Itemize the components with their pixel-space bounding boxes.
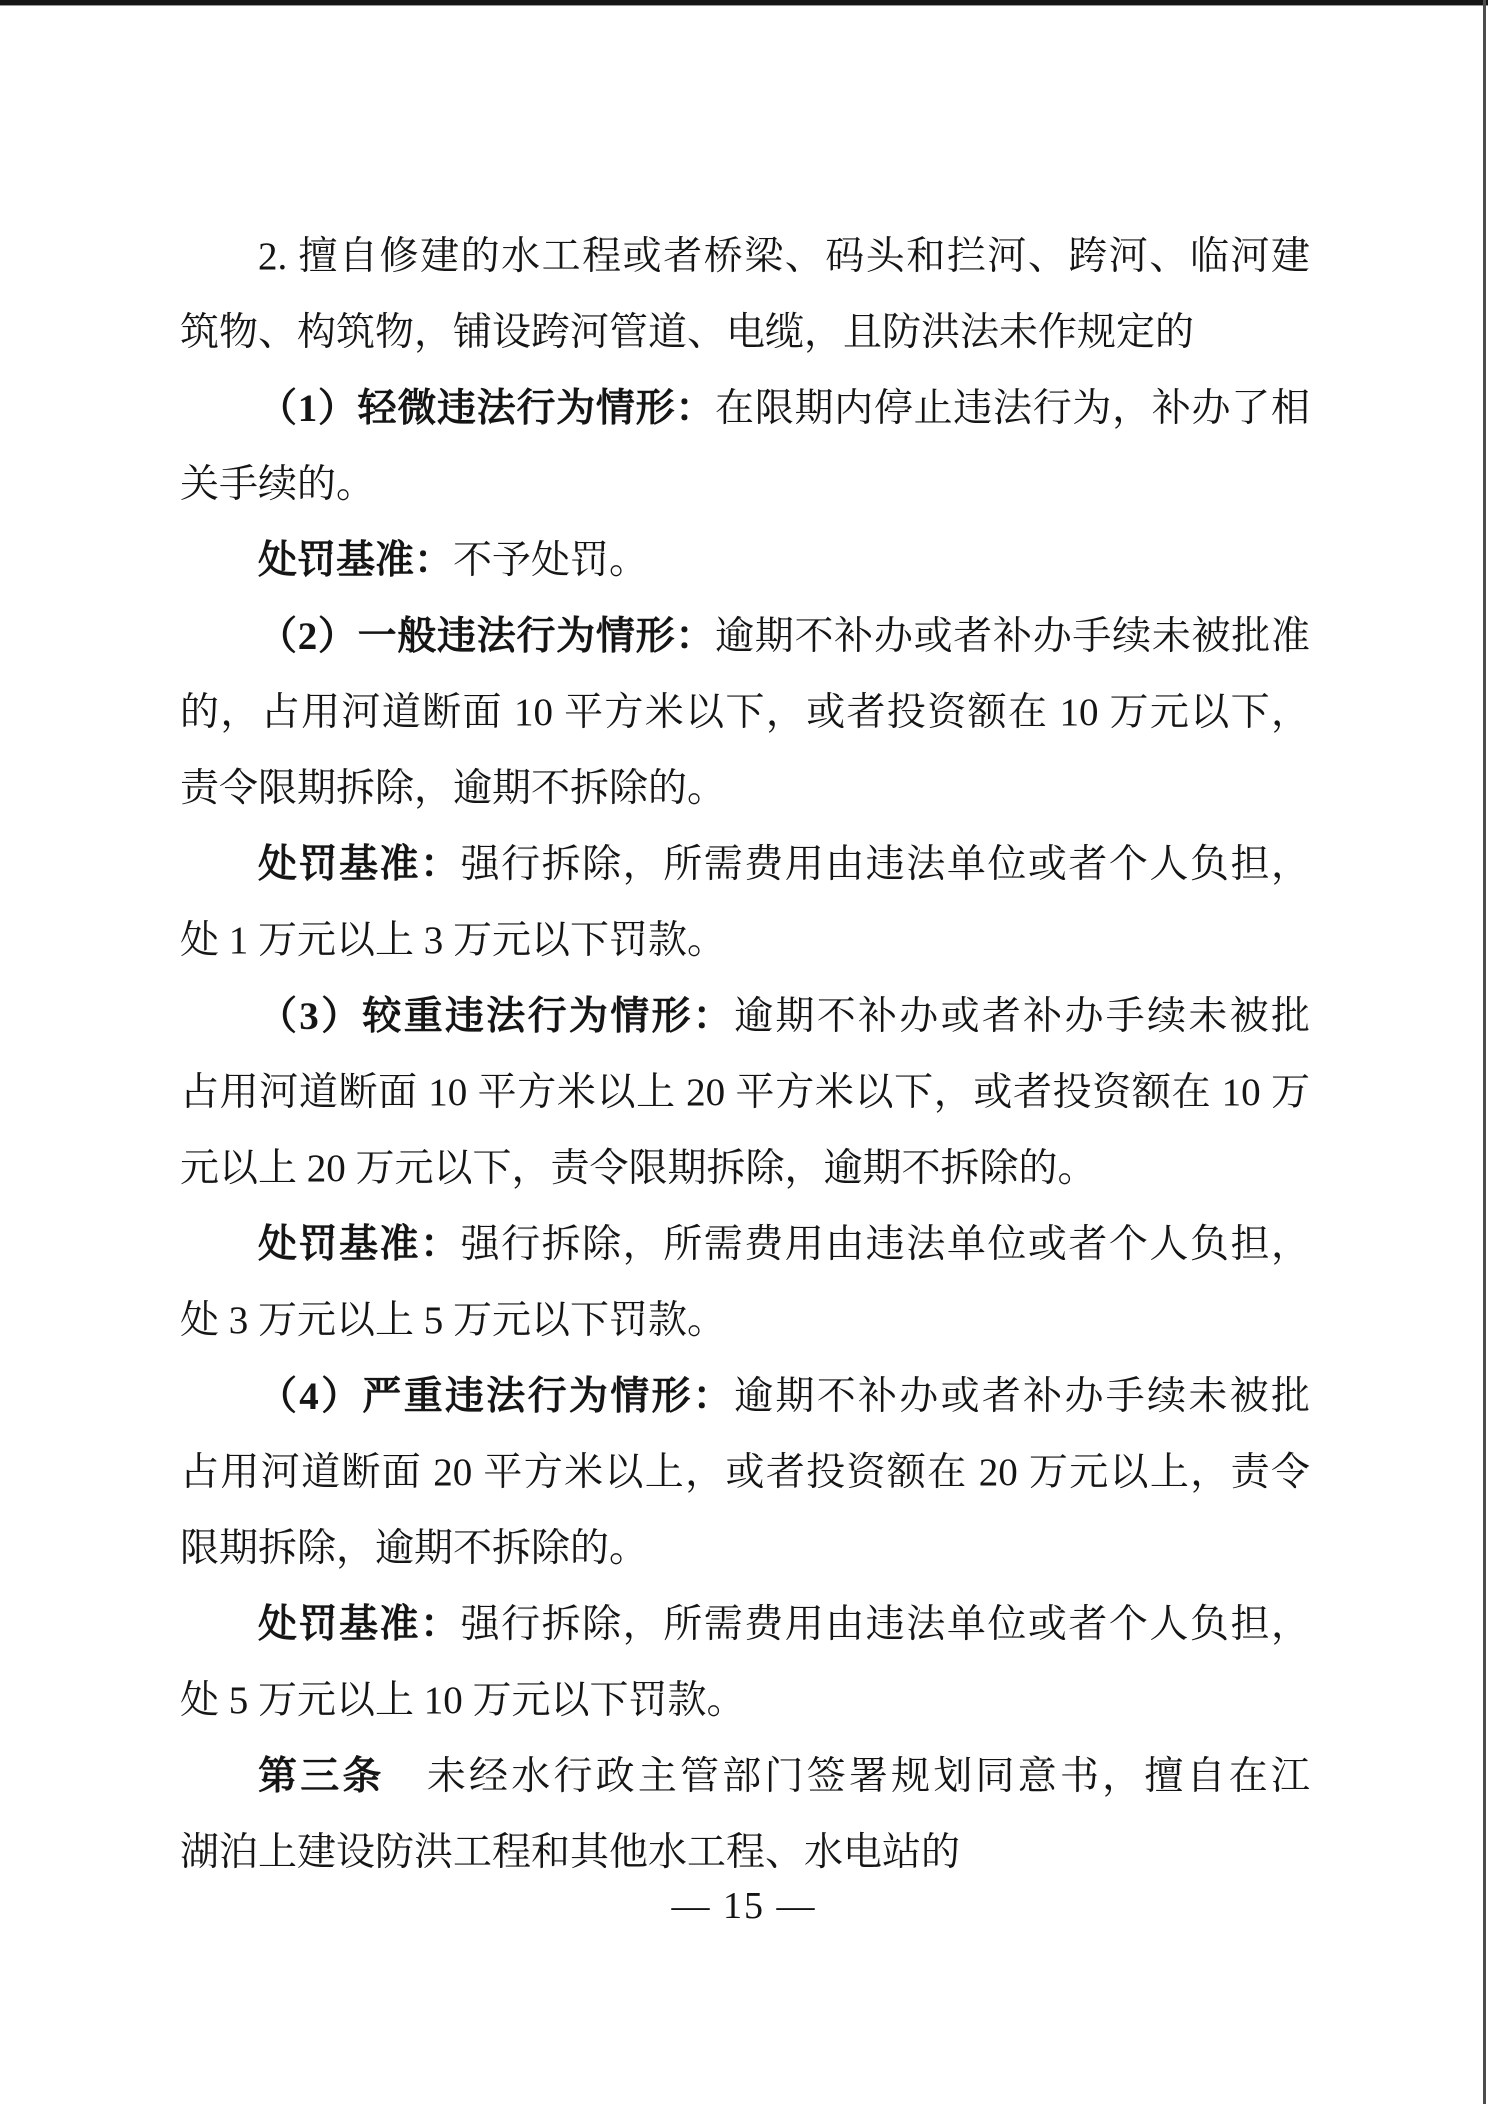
document-page: 2. 擅自修建的水工程或者桥梁、码头和拦河、跨河、临河建筑物、构筑物，铺设跨河管… <box>0 0 1488 2104</box>
emphasis-segment: 处罚基准： <box>258 1223 461 1266</box>
text-line: 处罚基准：强行拆除，所需费用由违法单位或者个人负担， <box>180 1587 1310 1663</box>
text-segment: 湖泊上建设防洪工程和其他水工程、水电站的 <box>180 1831 960 1874</box>
page-number: — 15 — <box>0 1878 1488 1934</box>
emphasis-segment: （1）轻微违法行为情形： <box>258 387 715 430</box>
text-segment: 强行拆除，所需费用由违法单位或者个人负担， <box>461 1223 1310 1266</box>
emphasis-segment: 第三条 <box>258 1755 385 1798</box>
text-segment: 占用河道断面 10 平方米以上 20 平方米以下，或者投资额在 10 万 <box>180 1071 1310 1114</box>
emphasis-segment: 处罚基准： <box>258 843 461 886</box>
text-segment: 责令限期拆除，逾期不拆除的。 <box>180 767 726 810</box>
text-line: 的，占用河道断面 10 平方米以下，或者投资额在 10 万元以下， <box>180 675 1310 751</box>
text-segment: 强行拆除，所需费用由违法单位或者个人负担， <box>461 1603 1310 1646</box>
text-line: （2）一般违法行为情形：逾期不补办或者补办手续未被批准 <box>180 599 1310 675</box>
text-line: 元以上 20 万元以下，责令限期拆除，逾期不拆除的。 <box>180 1131 1310 1207</box>
text-segment: 元以上 20 万元以下，责令限期拆除，逾期不拆除的。 <box>180 1147 1097 1190</box>
text-line: 关手续的。 <box>180 447 1310 523</box>
text-line: 占用河道断面 10 平方米以上 20 平方米以下，或者投资额在 10 万 <box>180 1055 1310 1131</box>
emphasis-segment: （2）一般违法行为情形： <box>258 615 715 658</box>
text-line: 处 1 万元以上 3 万元以下罚款。 <box>180 903 1310 979</box>
emphasis-segment: （4）严重违法行为情形： <box>258 1375 734 1418</box>
text-segment: 强行拆除，所需费用由违法单位或者个人负担， <box>461 843 1310 886</box>
text-segment: 处 5 万元以上 10 万元以下罚款。 <box>180 1679 746 1722</box>
text-line: （3）较重违法行为情形：逾期不补办或者补办手续未被批准， <box>180 979 1310 1055</box>
emphasis-segment: 处罚基准： <box>258 539 453 582</box>
text-segment: 限期拆除，逾期不拆除的。 <box>180 1527 648 1570</box>
text-body: 2. 擅自修建的水工程或者桥梁、码头和拦河、跨河、临河建筑物、构筑物，铺设跨河管… <box>180 219 1310 1891</box>
text-segment: 关手续的。 <box>180 463 375 506</box>
emphasis-segment: 处罚基准： <box>258 1603 461 1646</box>
text-line: 处罚基准：不予处罚。 <box>180 523 1310 599</box>
text-line: 限期拆除，逾期不拆除的。 <box>180 1511 1310 1587</box>
text-segment: 逾期不补办或者补办手续未被批准 <box>715 615 1310 658</box>
text-segment: 处 3 万元以上 5 万元以下罚款。 <box>180 1299 726 1342</box>
text-line: 筑物、构筑物，铺设跨河管道、电缆，且防洪法未作规定的 <box>180 295 1310 371</box>
text-line: 2. 擅自修建的水工程或者桥梁、码头和拦河、跨河、临河建 <box>180 219 1310 295</box>
text-segment: 处 1 万元以上 3 万元以下罚款。 <box>180 919 726 962</box>
text-line: 处 5 万元以上 10 万元以下罚款。 <box>180 1663 1310 1739</box>
text-segment: 不予处罚。 <box>453 539 648 582</box>
text-line: （1）轻微违法行为情形：在限期内停止违法行为，补办了相 <box>180 371 1310 447</box>
text-line: 占用河道断面 20 平方米以上，或者投资额在 20 万元以上，责令 <box>180 1435 1310 1511</box>
text-segment: 在限期内停止违法行为，补办了相 <box>715 387 1310 430</box>
text-line: 处 3 万元以上 5 万元以下罚款。 <box>180 1283 1310 1359</box>
text-line: 第三条 未经水行政主管部门签署规划同意书，擅自在江河、 <box>180 1739 1310 1815</box>
scan-right-edge <box>1483 0 1486 2104</box>
emphasis-segment: （3）较重违法行为情形： <box>258 995 734 1038</box>
text-line: 处罚基准：强行拆除，所需费用由违法单位或者个人负担， <box>180 1207 1310 1283</box>
text-segment: 的，占用河道断面 10 平方米以下，或者投资额在 10 万元以下， <box>180 691 1310 734</box>
text-line: （4）严重违法行为情形：逾期不补办或者补办手续未被批准， <box>180 1359 1310 1435</box>
text-segment: 筑物、构筑物，铺设跨河管道、电缆，且防洪法未作规定的 <box>180 311 1194 354</box>
text-segment: 未经水行政主管部门签署规划同意书，擅自在江河、 <box>258 1755 1310 1815</box>
text-segment: 2. 擅自修建的水工程或者桥梁、码头和拦河、跨河、临河建 <box>258 235 1310 278</box>
text-segment: 占用河道断面 20 平方米以上，或者投资额在 20 万元以上，责令 <box>180 1451 1310 1494</box>
scan-top-edge <box>0 0 1488 6</box>
text-line: 责令限期拆除，逾期不拆除的。 <box>180 751 1310 827</box>
text-line: 处罚基准：强行拆除，所需费用由违法单位或者个人负担， <box>180 827 1310 903</box>
